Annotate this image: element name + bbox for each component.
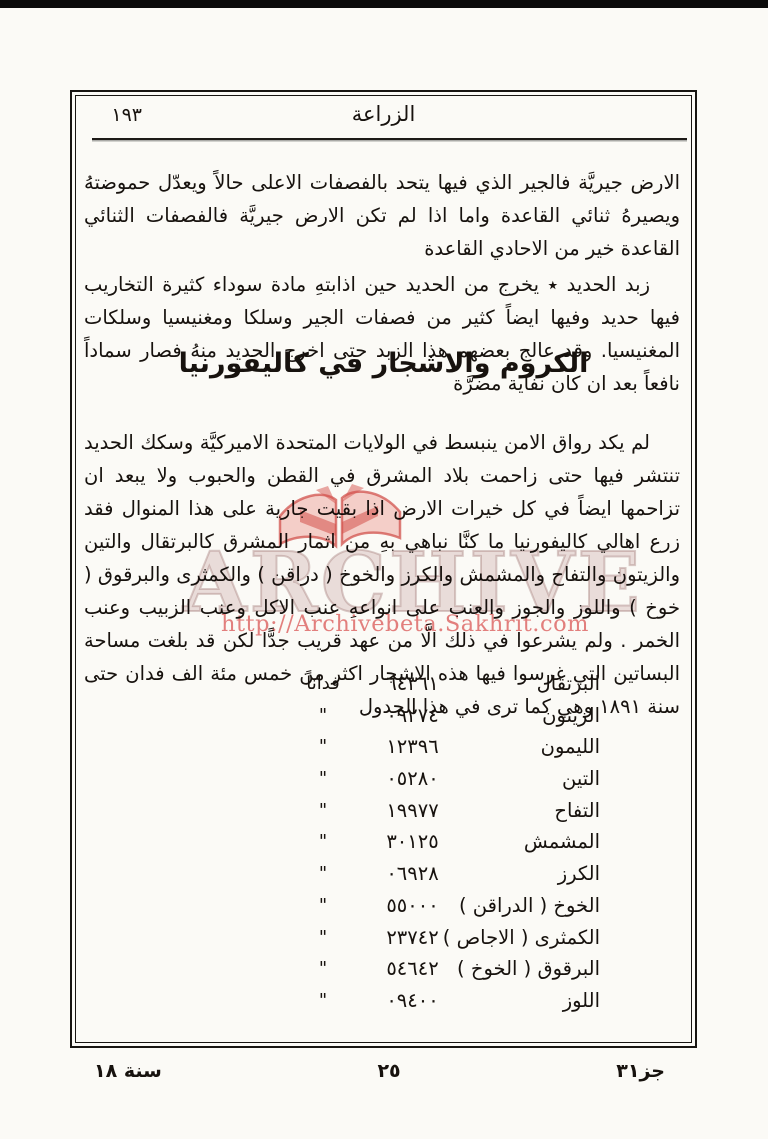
crop-value: ٦٤٣٦١: [360, 668, 465, 700]
table-row: البرقوق ( الخوخ ) ٥٤٦٤٢ ": [95, 953, 600, 985]
crop-unit: ": [284, 700, 362, 732]
crop-value: ٠٩٤٠٠: [360, 985, 465, 1017]
crop-value: ١٩٩٧٧: [360, 795, 465, 827]
section-heading: الكروم والاشجار في كاليفورنيا: [72, 348, 695, 379]
table-row: الزيتون ٠٩٢٧٤ ": [95, 700, 600, 732]
crop-value: ٠٦٩٢٨: [360, 858, 465, 890]
footer-year-label: سنة ١٨: [94, 1060, 162, 1082]
table-row: اللوز ٠٩٤٠٠ ": [95, 985, 600, 1017]
table-row: التفاح ١٩٩٧٧ ": [95, 795, 600, 827]
crop-unit: ": [284, 985, 362, 1017]
page-title: الزراعة: [72, 102, 695, 126]
crop-name: المشمش: [524, 826, 600, 858]
table-row: المشمش ٣٠١٢٥ ": [95, 826, 600, 858]
crop-name: اللوز: [563, 985, 600, 1017]
footer-part-label: جز٣١: [616, 1060, 665, 1082]
crop-value: ٠٥٢٨٠: [360, 763, 465, 795]
paragraph-soil-lime: الارض جيريَّة فالجير الذي فيها يتحد بالف…: [84, 166, 680, 265]
crop-unit: ": [284, 922, 362, 954]
crop-value: ١٢٣٩٦: [360, 731, 465, 763]
crop-value: ٣٠١٢٥: [360, 826, 465, 858]
paragraph-iron-slag: زبد الحديد ٭ يخرج من الحديد حين اذابتهِ …: [84, 268, 680, 400]
crop-value: ٠٩٢٧٤: [360, 700, 465, 732]
table-row: الليمون ١٢٣٩٦ ": [95, 731, 600, 763]
table-row: البرتقال ٦٤٣٦١ فداناً: [95, 668, 600, 700]
table-row: الكمثرى ( الاجاص ) ٢٣٧٤٢ ": [95, 922, 600, 954]
crop-unit: فداناً: [284, 668, 362, 700]
crop-name: البرقوق ( الخوخ ): [457, 953, 600, 985]
scan-top-black-bar: [0, 0, 768, 8]
crop-name: التين: [562, 763, 600, 795]
crop-value: ٥٥٠٠٠: [360, 890, 465, 922]
crop-unit: ": [284, 731, 362, 763]
crop-name: الخوخ ( الدراقن ): [459, 890, 600, 922]
crop-value: ٢٣٧٤٢: [360, 922, 465, 954]
crop-name: الكرز: [558, 858, 600, 890]
footer-page-number: ٢٥: [377, 1060, 400, 1082]
crop-name: الليمون: [541, 731, 600, 763]
crop-unit: ": [284, 858, 362, 890]
crop-unit: ": [284, 795, 362, 827]
acreage-table: البرتقال ٦٤٣٦١ فداناً الزيتون ٠٩٢٧٤ " ال…: [95, 668, 600, 1017]
page-footer: جز٣١ ٢٥ سنة ١٨: [70, 1054, 693, 1088]
table-row: الخوخ ( الدراقن ) ٥٥٠٠٠ ": [95, 890, 600, 922]
header-divider: [92, 138, 687, 140]
crop-unit: ": [284, 763, 362, 795]
crop-unit: ": [284, 890, 362, 922]
crop-name: البرتقال: [537, 668, 600, 700]
table-row: الكرز ٠٦٩٢٨ ": [95, 858, 600, 890]
crop-name: الكمثرى ( الاجاص ): [443, 922, 600, 954]
crop-value: ٥٤٦٤٢: [360, 953, 465, 985]
crop-name: التفاح: [554, 795, 600, 827]
crop-name: الزيتون: [542, 700, 600, 732]
crop-unit: ": [284, 826, 362, 858]
table-row: التين ٠٥٢٨٠ ": [95, 763, 600, 795]
crop-unit: ": [284, 953, 362, 985]
scanned-journal-page: { "page": { "header": { "page_number": "…: [0, 0, 768, 1139]
page-border-frame: ١٩٣ الزراعة الارض جيريَّة فالجير الذي في…: [70, 90, 697, 1048]
